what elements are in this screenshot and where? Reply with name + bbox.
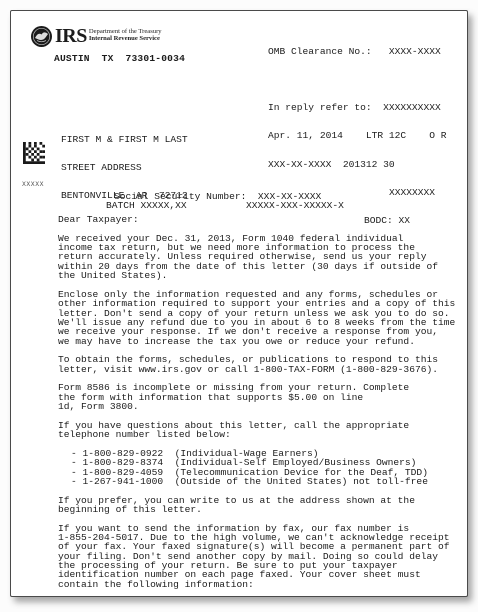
- recipient-street: STREET ADDRESS: [61, 163, 188, 172]
- phone-list-item: - 1-267-941-1000 (Outside of the United …: [58, 477, 463, 486]
- irs-logotype: IRS: [55, 25, 87, 47]
- batch-line: BATCH XXXXX,XX: [106, 201, 187, 210]
- letter-paragraph: If you prefer, you can write to us at th…: [58, 496, 463, 515]
- barcode-caption: XXXXX: [22, 181, 44, 188]
- letter-body: Dear Taxpayer: We received your Dec. 31,…: [58, 215, 463, 599]
- tin-cycle-line: XXX-XX-XXXX 201312 30: [268, 160, 446, 169]
- dln-line: XXXXX-XXX-XXXXX-X: [246, 201, 344, 210]
- dept-line-1: Department of the Treasury: [89, 28, 162, 35]
- dept-line-2: Internal Revenue Service: [89, 35, 162, 42]
- letter-paragraph: To obtain the forms, schedules, or publi…: [58, 355, 463, 374]
- phone-number-list: - 1-800-829-0922 (Individual-Wage Earner…: [58, 449, 463, 486]
- irs-logo: IRS Department of the Treasury Internal …: [30, 25, 162, 48]
- date-letter-code-line: Apr. 11, 2014 LTR 12C O R: [268, 131, 446, 140]
- recipient-name: FIRST M & FIRST M LAST: [61, 135, 188, 144]
- letter-paragraph: Form 8586 is incomplete or missing from …: [58, 383, 463, 411]
- letter-paragraph: Enclose only the information requested a…: [58, 290, 463, 346]
- irs-eagle-emblem-icon: [30, 25, 53, 48]
- omb-clearance-line: OMB Clearance No.: XXXX-XXXX: [268, 47, 446, 56]
- datamatrix-barcode-icon: [23, 142, 45, 164]
- irs-letter-page: IRS Department of the Treasury Internal …: [10, 10, 468, 597]
- letter-paragraph: We received your Dec. 31, 2013, Form 104…: [58, 234, 463, 281]
- salutation: Dear Taxpayer:: [58, 215, 463, 224]
- spacer: [268, 75, 446, 84]
- letter-paragraph: If you want to send the information by f…: [58, 524, 463, 589]
- origin-address: AUSTIN TX 73301-0034: [54, 54, 185, 63]
- letter-paragraph: If you have questions about this letter,…: [58, 421, 463, 440]
- dept-of-treasury-lines: Department of the Treasury Internal Reve…: [89, 28, 162, 42]
- letter-background: IRS Department of the Treasury Internal …: [0, 0, 478, 612]
- in-reply-refer-line: In reply refer to: XXXXXXXXXX: [268, 103, 446, 112]
